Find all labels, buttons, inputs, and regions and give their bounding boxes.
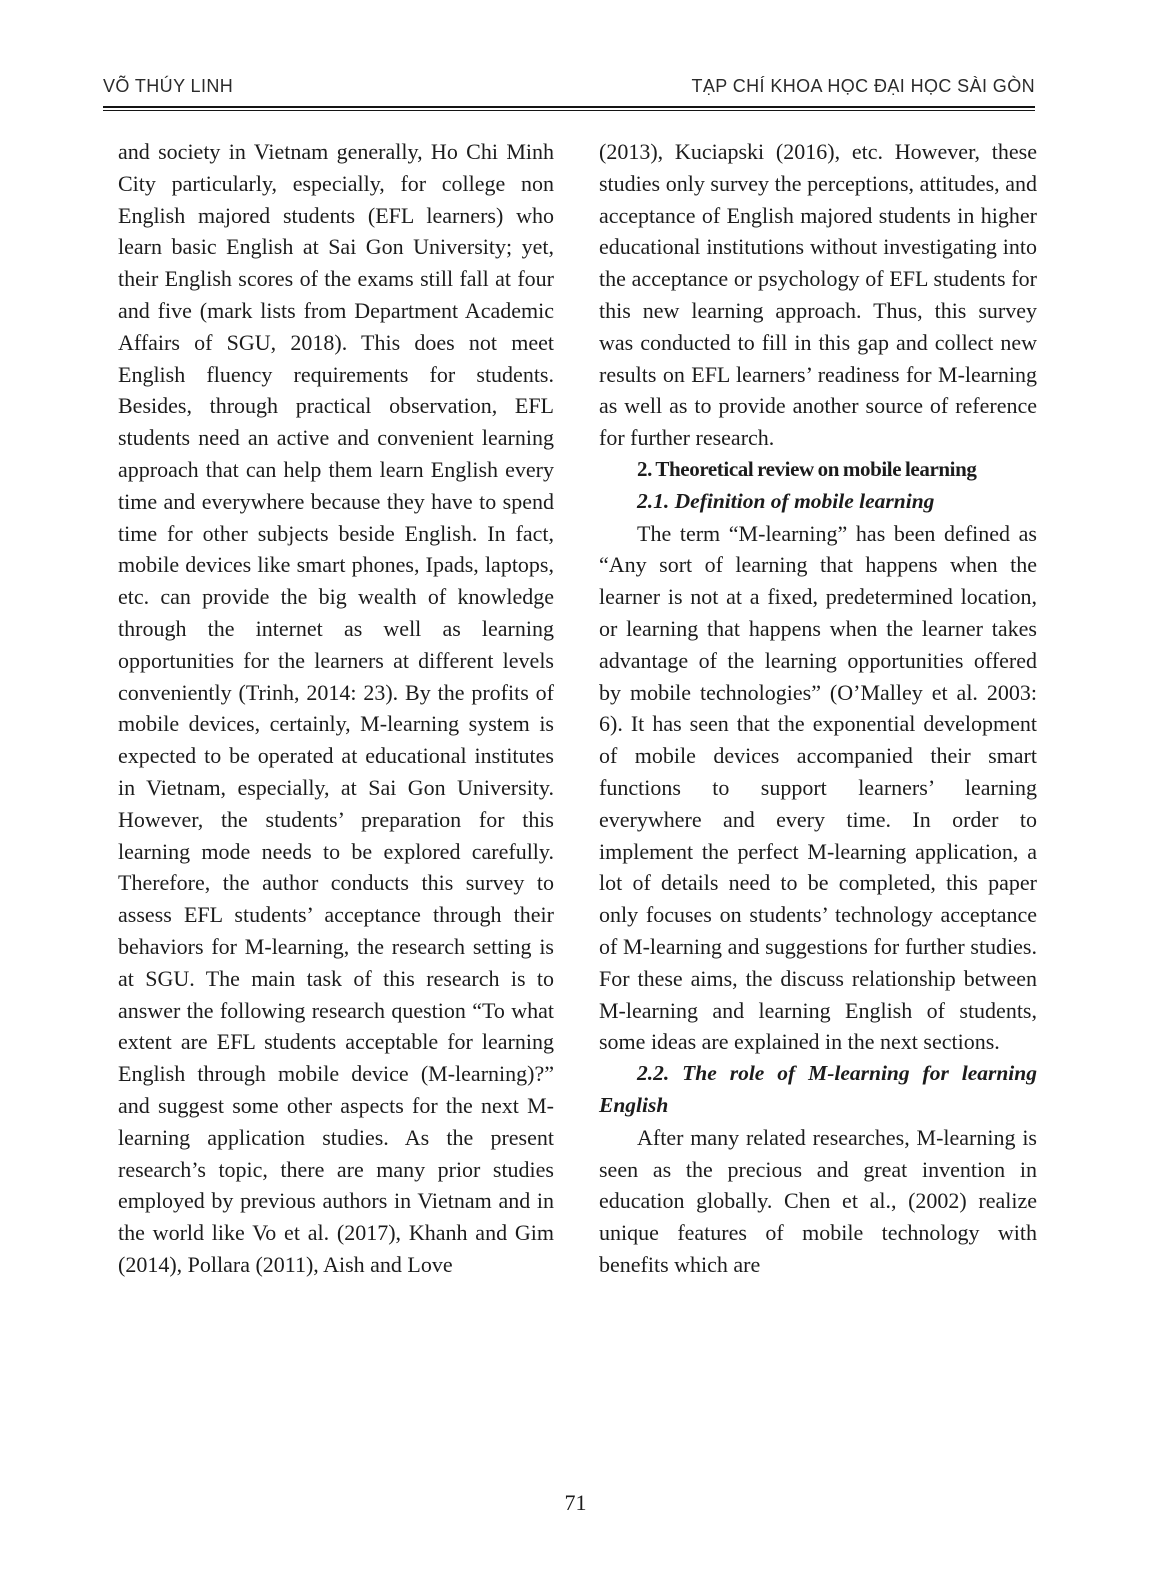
running-head-author: VÕ THÚY LINH <box>103 76 233 97</box>
running-head-journal: TẠP CHÍ KHOA HỌC ĐẠI HỌC SÀI GÒN <box>691 76 1035 97</box>
left-column-paragraph: and society in Vietnam generally, Ho Chi… <box>118 136 554 1281</box>
text-columns: and society in Vietnam generally, Ho Chi… <box>118 136 1037 1281</box>
continuation-paragraph: (2013), Kuciapski (2016), etc. However, … <box>599 136 1037 454</box>
page-number: 71 <box>0 1490 1151 1516</box>
subsection-heading-2-1: 2.1. Definition of mobile learning <box>599 486 1037 518</box>
subsection-heading-2-2: 2.2. The role of M-learning for learning… <box>599 1058 1037 1122</box>
left-column: and society in Vietnam generally, Ho Chi… <box>118 136 554 1281</box>
page-header: VÕ THÚY LINH TẠP CHÍ KHOA HỌC ĐẠI HỌC SÀ… <box>103 76 1035 97</box>
right-column: (2013), Kuciapski (2016), etc. However, … <box>599 136 1037 1281</box>
document-page: VÕ THÚY LINH TẠP CHÍ KHOA HỌC ĐẠI HỌC SÀ… <box>0 0 1151 1594</box>
header-rule <box>103 106 1035 111</box>
section-heading-2: 2. Theoretical review on mobile learning <box>599 454 1037 486</box>
definition-paragraph: The term “M-learning” has been defined a… <box>599 518 1037 1059</box>
role-paragraph: After many related researches, M-learnin… <box>599 1122 1037 1281</box>
